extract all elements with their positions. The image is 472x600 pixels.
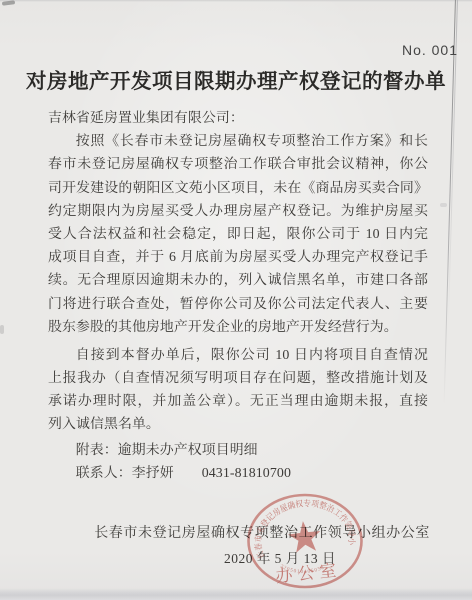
body-line: 自接到本督办单后，限你公司 10 日内将项目自查情况 [48,344,428,367]
document-body: 吉林省延房置业集团有限公司： 按照《长春市未登记房屋确权专项整治工作方案》和长 … [48,107,428,485]
scan-top-edge [0,0,472,2]
scan-left-mark [0,325,4,334]
body-line: 成项目自查，并于 6 月底前为房屋买受人办理完产权登记手 [48,246,428,269]
scanned-document-page: No. 001 对房地产开发项目限期办理产权登记的督办单 吉林省延房置业集团有限… [0,0,472,600]
document-number: No. 001 [402,42,458,58]
seal-ring-text: 长春市未登记房屋确权专项整治工作领导小组 [240,485,359,562]
document-title: 对房地产开发项目限期办理产权登记的督办单 [0,64,472,94]
body-line: 门将进行联合查处，暂停你公司及你公司法定代表人、主要 [48,293,428,316]
scan-corner-mark [2,0,15,6]
scan-bottom-edge [0,588,472,600]
body-line: 上报我办（自查情况须写明项目存在问题，整改措施计划及 [48,367,428,390]
body-line: 续。无合理原因逾期未办的，列入诚信黑名单，市建口各部 [48,269,428,292]
addressee-line: 吉林省延房置业集团有限公司： [48,107,428,130]
body-line: 司开发建设的朝阳区文苑小区项目，未在《商品房买卖合同》 [48,177,428,200]
body-line: 约定期限内为房屋买受人办理房屋产权登记。为维护房屋买 [48,200,428,223]
body-line: 股东参股的其他房地产开发企业的房地产开发经营行为。 [48,316,428,339]
attachment-line: 附表：逾期未办产权项目明细 [48,439,428,462]
body-line: 受人合法权益和社会稳定，即日起，限你公司于 10 日内完 [48,223,428,246]
official-seal-stamp: 长春市未登记房屋确权专项整治工作领导小组 办公室 2205010405058 [240,485,370,597]
body-line: 按照《长春市未登记房屋确权专项整治工作方案》和长 [48,130,428,153]
scan-speck [440,203,447,207]
body-line: 列入诚信黑名单。 [48,413,428,436]
body-line: 承诺办理时限，并加盖公章）。无正当理由逾期未报，直接 [48,390,428,413]
seal-star [287,519,322,553]
contact-line: 联系人：李抒妍 0431-81810700 [48,462,428,485]
body-line: 春市未登记房屋确权专项整治工作联合审批会议精神，你公 [48,153,428,176]
